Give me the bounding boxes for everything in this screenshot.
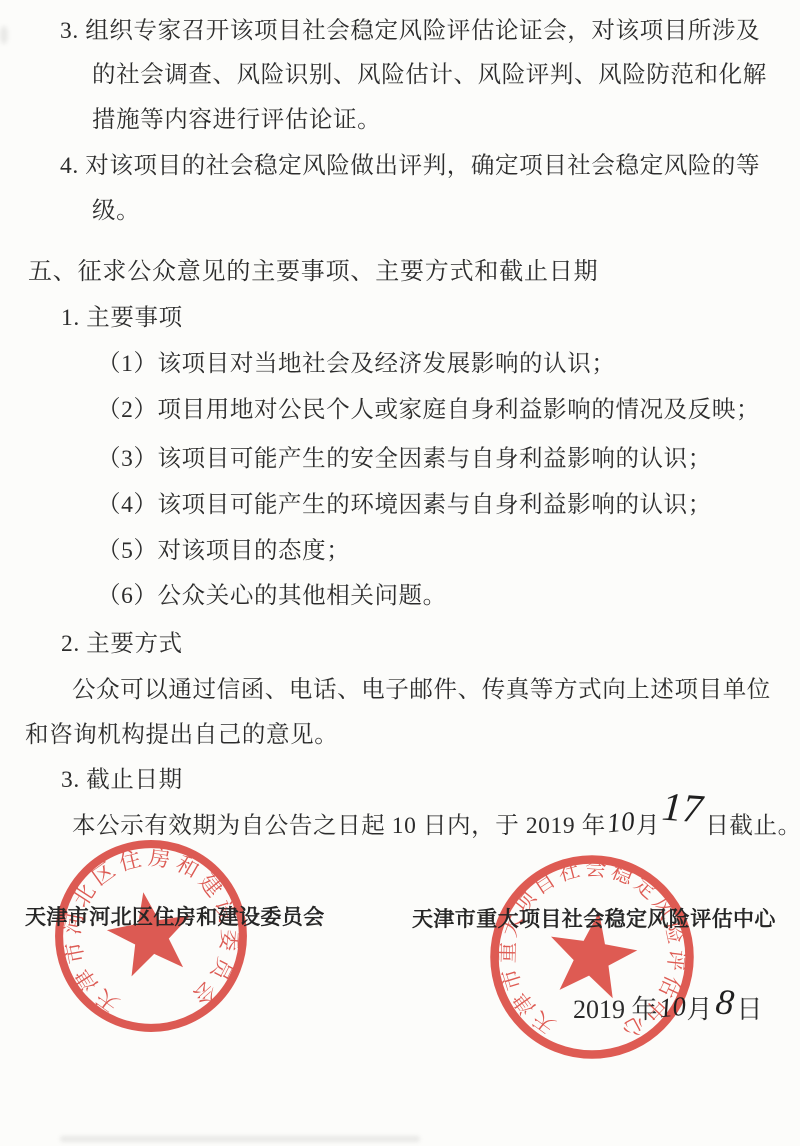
scanned-document-page: 3. 组织专家召开该项目社会稳定风险评估论证会，对该项目所涉及 的社会调查、风险…	[0, 0, 800, 1146]
ask-item-1: （1）该项目对当地社会及经济发展影响的认识；	[97, 349, 615, 379]
official-seal-left: 天津市河北区住房和建设委员会	[49, 835, 253, 1037]
deadline-day-unit: 日截止。	[705, 813, 800, 839]
issue-date-day-handwritten: 8	[713, 980, 735, 1024]
section5-heading: 五、征求公众意见的主要事项、主要方式和截止日期	[28, 257, 598, 287]
issue-date: 2019 年10月8日	[573, 985, 763, 1027]
issue-date-day-unit: 日	[737, 995, 763, 1024]
deadline-month-unit: 月	[636, 813, 660, 839]
org-right: 天津市重大项目社会稳定风险评估中心	[412, 903, 776, 933]
issue-date-month-unit: 月	[687, 995, 713, 1024]
sub3-heading: 3. 截止日期	[61, 765, 183, 795]
issue-date-month-handwritten: 10	[657, 991, 687, 1025]
line-item4-1: 4. 对该项目的社会稳定风险做出评判，确定项目社会稳定风险的等	[60, 151, 760, 181]
deadline-month-handwritten: 10	[605, 806, 636, 839]
official-seal-right: 天津市重大项目社会稳定风险评估中心	[486, 851, 698, 1063]
ask-item-2: （2）项目用地对公民个人或家庭自身利益影响的情况及反映；	[97, 395, 760, 425]
ask-item-4: （4）该项目可能产生的环境因素与自身利益影响的认识；	[97, 490, 712, 520]
deadline-line: 本公示有效期为自公告之日起 10 日内，于 2019 年10月17日截止。	[72, 809, 800, 841]
ask-item-5: （5）对该项目的态度；	[97, 536, 350, 566]
star-icon	[102, 885, 200, 979]
line-item3-2: 的社会调查、风险识别、风险估计、风险评判、风险防范和化解	[92, 60, 767, 90]
method-para-2: 和咨询机构提出自己的意见。	[25, 720, 338, 750]
sub2-heading: 2. 主要方式	[61, 629, 183, 659]
line-item3-1: 3. 组织专家召开该项目社会稳定风险评估论证会，对该项目所涉及	[60, 16, 760, 46]
issue-date-year: 2019 年	[573, 995, 658, 1024]
sub1-heading: 1. 主要事项	[61, 303, 183, 333]
deadline-day-handwritten: 17	[661, 797, 703, 820]
scan-artifact	[0, 26, 8, 44]
method-para-1: 公众可以通过信函、电话、电子邮件、传真等方式向上述项目单位	[72, 675, 771, 705]
org-left: 天津市河北区住房和建设委员会	[25, 901, 325, 931]
scan-artifact	[60, 1136, 420, 1142]
line-item4-2: 级。	[92, 196, 140, 226]
ask-item-3: （3）该项目可能产生的安全因素与自身利益影响的认识；	[97, 444, 712, 474]
ask-item-6: （6）公众关心的其他相关问题。	[97, 581, 447, 611]
deadline-prefix: 本公示有效期为自公告之日起 10 日内，于 2019 年	[72, 813, 606, 839]
line-item3-3: 措施等内容进行评估论证。	[92, 105, 381, 135]
seal-left-svg: 天津市河北区住房和建设委员会	[49, 835, 253, 1037]
seal-right-svg: 天津市重大项目社会稳定风险评估中心	[486, 851, 698, 1063]
